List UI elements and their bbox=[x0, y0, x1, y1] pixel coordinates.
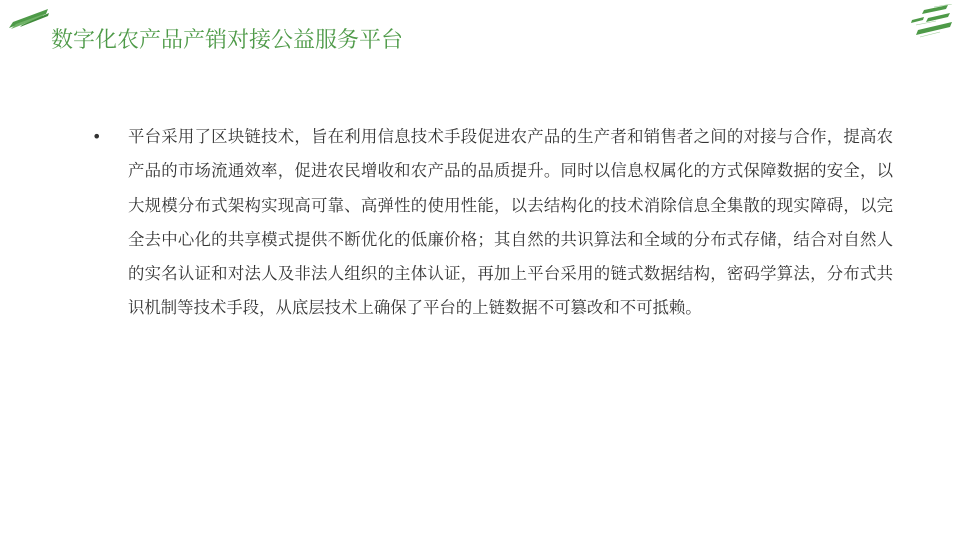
bullet-list: • 平台采用了区块链技术，旨在利用信息技术手段促进农产品的生产者和销售者之间的对… bbox=[90, 120, 900, 326]
bullet-item: • 平台采用了区块链技术，旨在利用信息技术手段促进农产品的生产者和销售者之间的对… bbox=[90, 120, 900, 326]
green-stripes-icon bbox=[910, 4, 954, 38]
bullet-text: 平台采用了区块链技术，旨在利用信息技术手段促进农产品的生产者和销售者之间的对接与… bbox=[128, 120, 893, 326]
green-brush-stroke-icon bbox=[8, 8, 50, 30]
slide-title: 数字化农产品产销对接公益服务平台 bbox=[51, 26, 403, 56]
bullet-marker: • bbox=[92, 120, 101, 154]
slide: 数字化农产品产销对接公益服务平台 • 平台采用了区块链技术，旨在利用信息技术手段… bbox=[0, 0, 960, 540]
